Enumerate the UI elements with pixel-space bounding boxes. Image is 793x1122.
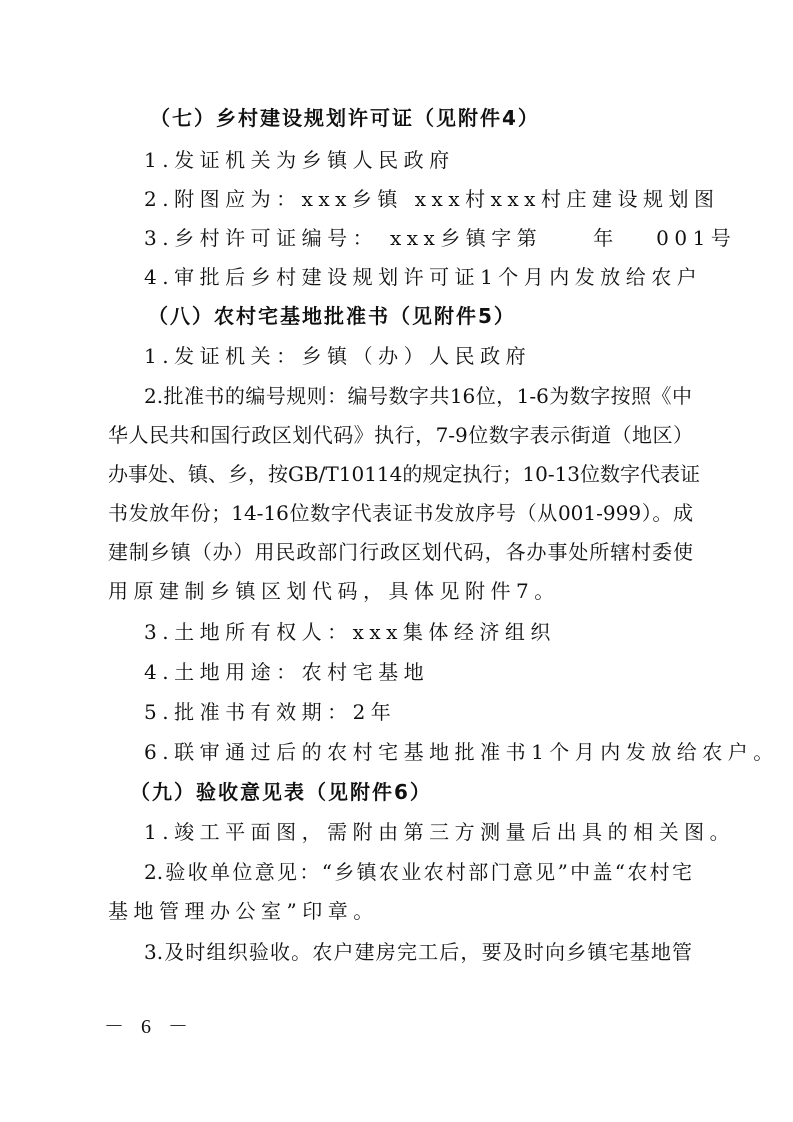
page-number: － 6 － [104,1010,194,1039]
document-page: （七）乡村建设规划许可证（见附件4） 1.发证机关为乡镇人民政府 2.附图应为：… [0,0,793,1122]
section-8-item-5: 5.批准书有效期：2年 [144,700,396,724]
section-heading-9: （九）验收意见表（见附件6） [130,780,432,804]
section-heading-8: （八）农村宅基地批准书（见附件5） [148,304,516,328]
section-8-item-6: 6.联审通过后的农村宅基地批准书1个月内发放给农户。 [144,740,779,764]
section-7-item-4: 4.审批后乡村建设规划许可证1个月内发放给农户 [144,265,702,289]
section-8-item-2-cont-3: 书发放年份；14-16位数字代表证书发放序号（从001-999）。成 [108,501,693,525]
section-9-item-3: 3.及时组织验收。农户建房完工后，要及时向乡镇宅基地管 [144,940,692,964]
section-8-item-2-cont-5: 用原建制乡镇区划代码，具体见附件7。 [108,579,560,603]
section-8-item-2-cont-4: 建制乡镇（办）用民政部门行政区划代码，各办事处所辖村委使 [108,540,693,564]
section-8-item-4: 4.土地用途：农村宅基地 [144,660,429,684]
section-7-item-1: 1.发证机关为乡镇人民政府 [144,148,455,172]
section-8-item-3: 3.土地所有权人：xxx集体经济组织 [144,620,556,644]
section-9-item-2: 2.验收单位意见：“乡镇农业农村部门意见”中盖“农村宅 [144,860,692,884]
section-8-item-1: 1.发证机关：乡镇（办）人民政府 [144,344,531,368]
section-8-item-2: 2.批准书的编号规则：编号数字共16位，1-6为数字按照《中 [144,384,692,408]
section-heading-7: （七）乡村建设规划许可证（见附件4） [150,106,540,130]
section-9-item-1: 1.竣工平面图，需附由第三方测量后出具的相关图。 [144,820,735,844]
section-8-item-2-cont-1: 华人民共和国行政区划代码》执行，7-9位数字表示街道（地区） [108,423,693,447]
section-9-item-2-cont: 基地管理办公室”印章。 [108,899,379,923]
section-7-item-2: 2.附图应为：xxx乡镇 xxx村xxx村庄建设规划图 [144,187,719,211]
section-7-item-3: 3.乡村许可证编号： xxx乡镇字第 年 001号 [144,226,736,250]
section-8-item-2-cont-2: 办事处、镇、乡，按GB/T10114的规定执行；10-13位数字代表证 [108,462,693,486]
